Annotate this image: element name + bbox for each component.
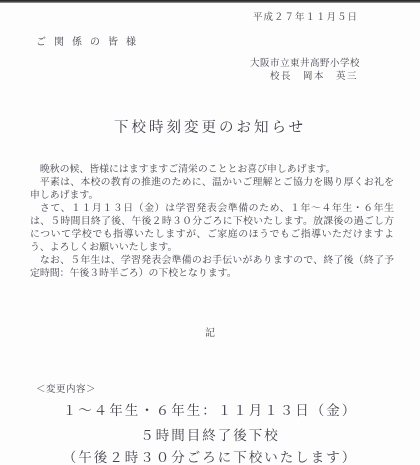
body-paragraph: 晩秋の候、皆様にはますますご清栄のこととお喜び申しあげます。 [30, 163, 394, 176]
change-detail-line-2: ５時間目終了後下校 [0, 424, 420, 444]
change-detail-line-3: （午後２時３０分ごろに下校いたします） [0, 446, 420, 465]
body-paragraph: さて、１１月１３日（金）は学習発表会準備のため、１年～４年生・６年生は、５時間目… [30, 202, 394, 254]
notice-document-page: 平成２７年１１月５日 ご関係の皆様 大阪市立東井高野小学校 校長 岡本 英三 下… [0, 0, 420, 465]
record-marker: 記 [0, 324, 420, 339]
body-paragraph: 平素は、本校の教育の推進のために、温かいご理解とご協力を賜り厚くお礼を申しあげま… [30, 176, 394, 202]
notice-body: 晩秋の候、皆様にはますますご清栄のこととお喜び申しあげます。 平素は、本校の教育… [30, 163, 394, 280]
notice-title: 下校時刻変更のお知らせ [0, 116, 420, 137]
sender-principal-name: 校長 岡本 英三 [270, 68, 358, 82]
recipient-line: ご関係の皆様 [36, 33, 144, 48]
sender-school-name: 大阪市立東井高野小学校 [250, 55, 360, 69]
body-paragraph: なお、５年生は、学習発表会準備のお手伝いがありますので、終了後（終了予定時間：午… [30, 254, 394, 280]
document-date: 平成２７年１１月５日 [253, 9, 358, 23]
change-detail-line-1: １～４年生・６年生：１１月１３日（金） [0, 399, 420, 419]
change-section-heading: ＜変更内容＞ [36, 381, 96, 395]
window-top-edge-divider [0, 0, 420, 3]
